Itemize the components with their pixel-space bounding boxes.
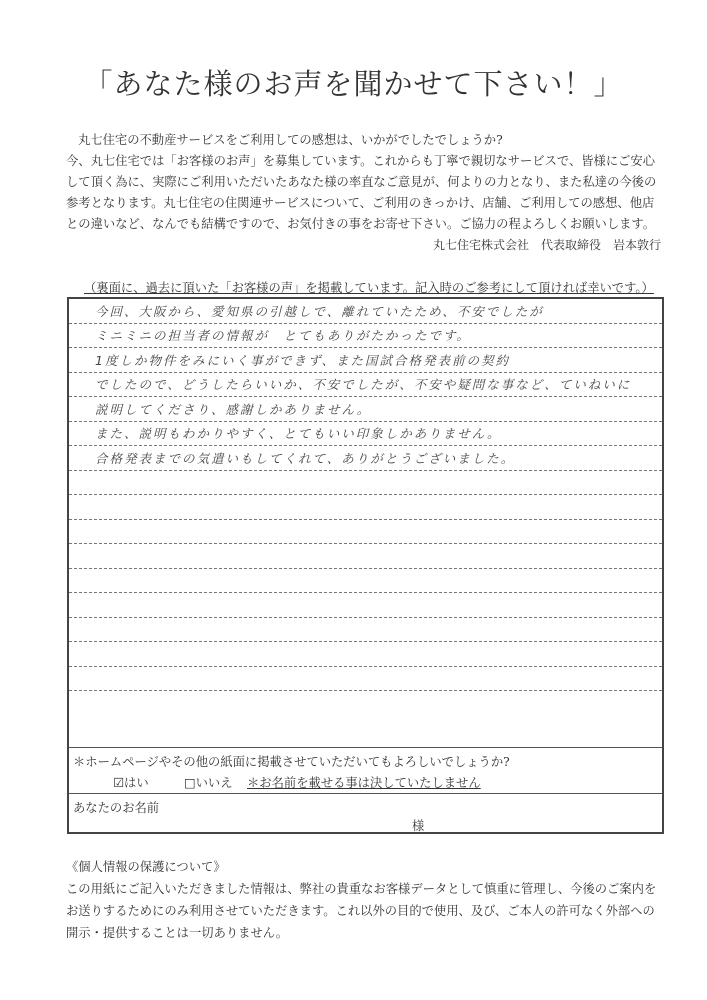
- handwritten-text: 合格発表までの気遣いもしてくれて、ありがとうございました。: [95, 449, 515, 467]
- privacy-heading: 《個人情報の保護について》: [66, 856, 666, 878]
- handwritten-text: 今回、大阪から、愛知県の引越しで、離れていたため、不安でしたが: [95, 302, 544, 320]
- name-privacy-promise: ＊お名前を載せる事は決していたしません: [247, 773, 481, 791]
- intro-line: 丸七住宅の不動産サービスをご利用しての感想は、いかがでしたでしょうか?: [66, 130, 666, 151]
- comment-line[interactable]: [69, 544, 662, 569]
- handwritten-text: 1度しか物件をみにいく事ができず、また国試合格発表前の契約: [95, 351, 510, 369]
- comment-line[interactable]: [69, 691, 662, 747]
- comment-line[interactable]: [69, 593, 662, 618]
- comment-line[interactable]: [69, 667, 662, 692]
- privacy-line: お送りするためにのみ利用させていただきます。これ以外の目的で使用、及び、ご本人の…: [66, 900, 666, 922]
- consent-yes-checkbox[interactable]: ☑はい: [113, 773, 149, 791]
- comment-line[interactable]: [69, 495, 662, 520]
- handwritten-text: ミニミニの担当者の情報が とてもありがたかったです。: [95, 326, 471, 344]
- comment-line[interactable]: [69, 520, 662, 545]
- feedback-form-box: 今回、大阪から、愛知県の引越しで、離れていたため、不安でしたが ミニミニの担当者…: [67, 297, 664, 834]
- comment-line[interactable]: 今回、大阪から、愛知県の引越しで、離れていたため、不安でしたが: [69, 299, 662, 324]
- comment-line[interactable]: [69, 642, 662, 667]
- privacy-line: 開示・提供することは一切ありません。: [66, 922, 666, 944]
- name-field-label: あなたのお名前: [73, 798, 159, 816]
- comment-line[interactable]: でしたので、どうしたらいいか、不安でしたが、不安や疑問な事など、ていねいに: [69, 373, 662, 398]
- name-field-section[interactable]: あなたのお名前 様: [69, 793, 662, 832]
- handwritten-text: 説明してくださり、感謝しかありません。: [95, 400, 371, 418]
- handwritten-text: また、説明もわかりやすく、とてもいい印象しかありません。: [95, 424, 502, 442]
- comment-line[interactable]: 1度しか物件をみにいく事ができず、また国試合格発表前の契約: [69, 348, 662, 373]
- comment-line[interactable]: [69, 618, 662, 643]
- signature: 丸七住宅株式会社 代表取締役 岩本敦行: [433, 236, 661, 253]
- comment-line[interactable]: [69, 471, 662, 496]
- comment-line[interactable]: ミニミニの担当者の情報が とてもありがたかったです。: [69, 324, 662, 349]
- handwritten-text: でしたので、どうしたらいいか、不安でしたが、不安や疑問な事など、ていねいに: [95, 375, 631, 393]
- comment-line[interactable]: [69, 569, 662, 594]
- intro-line: 今、丸七住宅では「お客様のお声」を募集しています。これからも丁寧で親切なサービス…: [66, 151, 666, 172]
- comment-area[interactable]: 今回、大阪から、愛知県の引越しで、離れていたため、不安でしたが ミニミニの担当者…: [69, 299, 662, 747]
- consent-question: ＊ホームページやその他の紙面に掲載させていただいてもよろしいでしょうか?: [73, 752, 510, 770]
- consent-no-checkbox[interactable]: □いいえ: [184, 773, 233, 791]
- intro-text: 丸七住宅の不動産サービスをご利用しての感想は、いかがでしたでしょうか? 今、丸七…: [66, 130, 666, 235]
- comment-line[interactable]: 説明してくださり、感謝しかありません。: [69, 397, 662, 422]
- privacy-notice: 《個人情報の保護について》 この用紙にご記入いただきました情報は、弊社の貴重なお…: [66, 856, 666, 944]
- privacy-line: この用紙にご記入いただきました情報は、弊社の貴重なお客様データとして慎重に管理し…: [66, 878, 666, 900]
- intro-line: して頂く為に、実際にご利用いただいたあなた様の率直なご意見が、何よりの力となり、…: [66, 172, 666, 193]
- intro-line: との違いなど、なんでも結構ですので、お気付きの事をお寄せ下さい。ご協力の程よろし…: [66, 214, 666, 235]
- publish-consent-section: ＊ホームページやその他の紙面に掲載させていただいてもよろしいでしょうか? ☑はい…: [69, 747, 662, 793]
- page-title: 「あなた様のお声を聞かせて下さい！」: [0, 62, 707, 103]
- comment-line[interactable]: また、説明もわかりやすく、とてもいい印象しかありません。: [69, 422, 662, 447]
- reference-note: （裏面に、過去に頂いた「お客様の声」を掲載しています。記入時のご参考にして頂けれ…: [84, 278, 654, 296]
- intro-line: 参考となります。丸七住宅の住関連サービスについて、ご利用のきっかけ、店舗、ご利用…: [66, 193, 666, 214]
- name-suffix: 様: [412, 816, 424, 834]
- comment-line[interactable]: 合格発表までの気遣いもしてくれて、ありがとうございました。: [69, 446, 662, 471]
